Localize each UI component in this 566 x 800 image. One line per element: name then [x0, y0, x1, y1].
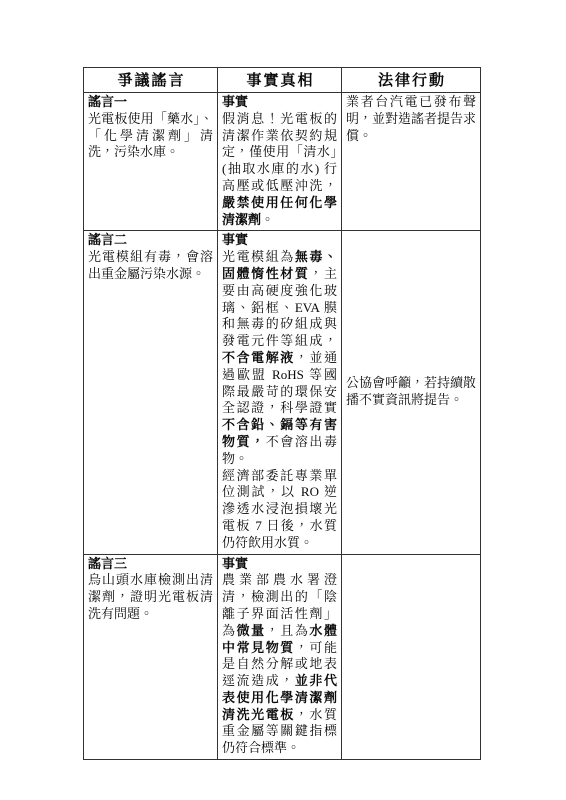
legal-text: 公協會呼籲，若持續散播不實資訊將提告。	[346, 375, 476, 409]
header-cell-rumor: 爭議謠言	[84, 68, 218, 93]
fact-title: 事實	[222, 556, 337, 573]
rumor-title: 謠言二	[88, 232, 213, 249]
fact-title: 事實	[222, 94, 337, 111]
rumor-text: 烏山頭水庫檢測出清潔劑，證明光電板清洗有問題。	[88, 572, 213, 622]
fact-cell: 事實 假消息！光電板的清潔作業依契約規定，僅使用「清水」(抽取水庫的水) 行高壓…	[218, 93, 342, 231]
legal-cell	[342, 554, 481, 760]
fact-cell: 事實 農業部農水署澄清，檢測出的「陰離子界面活性劑」為微量，且為水體中常見物質，…	[218, 554, 342, 760]
header-cell-fact: 事實真相	[218, 68, 342, 93]
rumor-text: 光電板使用「藥水」、「化學清潔劑」清洗，污染水庫。	[88, 111, 213, 161]
legal-cell: 公協會呼籲，若持續散播不實資訊將提告。	[342, 231, 481, 554]
table-row-rumor-2: 謠言二 光電模組有毒，會溶出重金屬污染水源。 事實 光電模組為無毒、固體惰性材質…	[84, 231, 481, 554]
table-row-rumor-3: 謠言三 烏山頭水庫檢測出清潔劑，證明光電板清洗有問題。 事實 農業部農水署澄清，…	[84, 554, 481, 760]
fact-text: 光電模組為無毒、固體惰性材質，主要由高硬度強化玻璃、鋁框、EVA 膜和無毒的矽組…	[222, 249, 337, 551]
document-page: 爭議謠言 事實真相 法律行動 謠言一 光電板使用「藥水」、「化學清潔劑」清洗，污…	[0, 0, 566, 800]
table-row-rumor-1: 謠言一 光電板使用「藥水」、「化學清潔劑」清洗，污染水庫。 事實 假消息！光電板…	[84, 93, 481, 231]
fact-text: 農業部農水署澄清，檢測出的「陰離子界面活性劑」為微量，且為水體中常見物質，可能是…	[222, 572, 337, 757]
table-header-row: 爭議謠言 事實真相 法律行動	[84, 68, 481, 93]
rumor-cell: 謠言三 烏山頭水庫檢測出清潔劑，證明光電板清洗有問題。	[84, 554, 218, 760]
fact-text: 假消息！光電板的清潔作業依契約規定，僅使用「清水」(抽取水庫的水) 行高壓或低壓…	[222, 111, 337, 229]
legal-cell: 業者台汽電已發布聲明，並對造謠者提告求償。	[342, 93, 481, 231]
fact-title: 事實	[222, 232, 337, 249]
rumor-title: 謠言一	[88, 94, 213, 111]
fact-check-table: 爭議謠言 事實真相 法律行動 謠言一 光電板使用「藥水」、「化學清潔劑」清洗，污…	[83, 67, 481, 760]
rumor-title: 謠言三	[88, 556, 213, 573]
legal-text: 業者台汽電已發布聲明，並對造謠者提告求償。	[346, 94, 476, 144]
rumor-cell: 謠言一 光電板使用「藥水」、「化學清潔劑」清洗，污染水庫。	[84, 93, 218, 231]
rumor-text: 光電模組有毒，會溶出重金屬污染水源。	[88, 249, 213, 283]
rumor-cell: 謠言二 光電模組有毒，會溶出重金屬污染水源。	[84, 231, 218, 554]
header-cell-legal: 法律行動	[342, 68, 481, 93]
fact-cell: 事實 光電模組為無毒、固體惰性材質，主要由高硬度強化玻璃、鋁框、EVA 膜和無毒…	[218, 231, 342, 554]
